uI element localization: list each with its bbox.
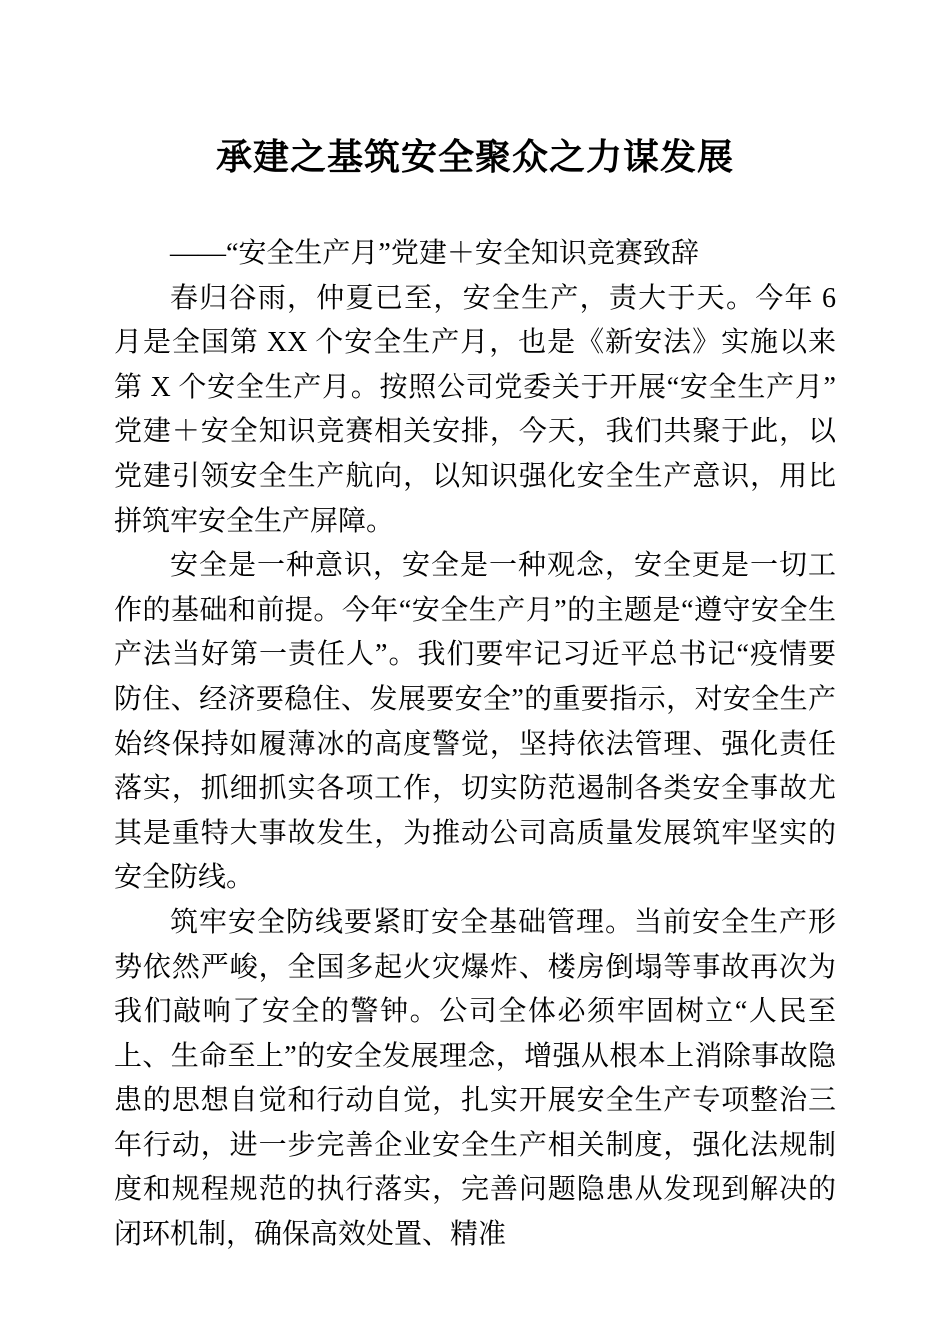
paragraph-2: 安全是一种意识，安全是一种观念，安全更是一切工作的基础和前提。今年“安全生产月”…: [114, 544, 836, 901]
paragraph-3: 筑牢安全防线要紧盯安全基础管理。当前安全生产形势依然严峻，全国多起火灾爆炸、楼房…: [114, 901, 836, 1258]
document-body: ——“安全生产月”党建＋安全知识竞赛致辞 春归谷雨，仲夏已至，安全生产，责大于天…: [114, 232, 836, 1258]
document-subtitle: ——“安全生产月”党建＋安全知识竞赛致辞: [114, 232, 836, 277]
document-title: 承建之基筑安全聚众之力谋发展: [114, 128, 836, 186]
document-page: 承建之基筑安全聚众之力谋发展 ——“安全生产月”党建＋安全知识竞赛致辞 春归谷雨…: [0, 0, 950, 1344]
paragraph-1: 春归谷雨，仲夏已至，安全生产，责大于天。今年 6 月是全国第 XX 个安全生产月…: [114, 277, 836, 545]
